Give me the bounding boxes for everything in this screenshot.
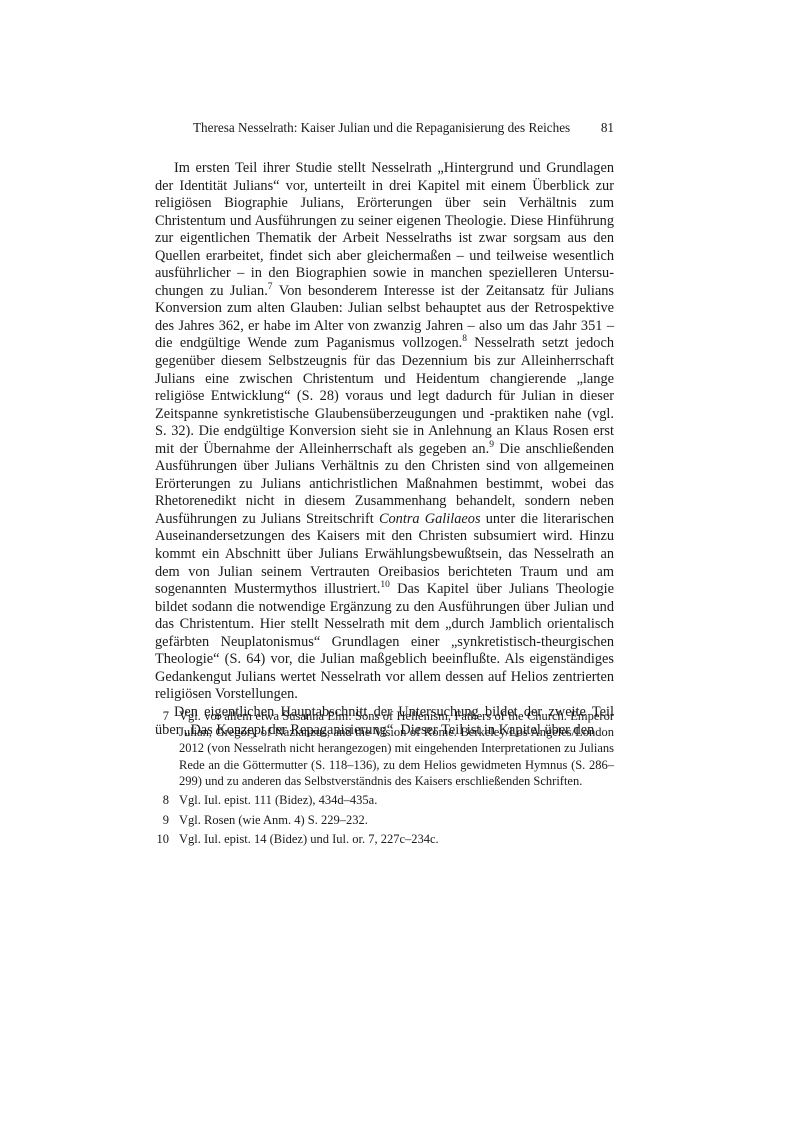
footnote-number: 9	[155, 812, 169, 828]
footnote-text: Vgl. Rosen (wie Anm. 4) S. 229–232.	[179, 812, 614, 828]
running-head-title: Theresa Nesselrath: Kaiser Julian und di…	[193, 119, 570, 136]
footnote-text: Vgl. Iul. epist. 14 (Bidez) und Iul. or.…	[179, 831, 614, 847]
page-number: 81	[601, 119, 614, 136]
footnote-reference: 7	[268, 282, 273, 292]
paragraph-1: Im ersten Teil ihrer Studie stellt Nesse…	[155, 160, 614, 704]
footnotes: 7 Vgl. vor allem etwa Susanna Elm: Sons …	[155, 708, 614, 851]
footnote-7: 7 Vgl. vor allem etwa Susanna Elm: Sons …	[155, 708, 614, 789]
footnote-reference: 9	[489, 440, 494, 450]
book-page: Theresa Nesselrath: Kaiser Julian und di…	[0, 0, 800, 1131]
footnote-number: 7	[155, 708, 169, 789]
footnote-number: 10	[155, 831, 169, 847]
footnote-9: 9 Vgl. Rosen (wie Anm. 4) S. 229–232.	[155, 812, 614, 828]
italic-title: Contra Galilaeos	[379, 511, 481, 527]
body-text: Im ersten Teil ihrer Studie stellt Nesse…	[155, 160, 614, 739]
footnote-text: Vgl. Iul. epist. 111 (Bidez), 434d–435a.	[179, 792, 614, 808]
footnote-8: 8 Vgl. Iul. epist. 111 (Bidez), 434d–435…	[155, 792, 614, 808]
footnote-10: 10 Vgl. Iul. epist. 14 (Bidez) und Iul. …	[155, 831, 614, 847]
footnote-reference: 8	[462, 334, 467, 344]
footnote-reference: 10	[380, 580, 390, 590]
footnote-text: Vgl. vor allem etwa Susanna Elm: Sons of…	[179, 708, 614, 789]
footnote-number: 8	[155, 792, 169, 808]
